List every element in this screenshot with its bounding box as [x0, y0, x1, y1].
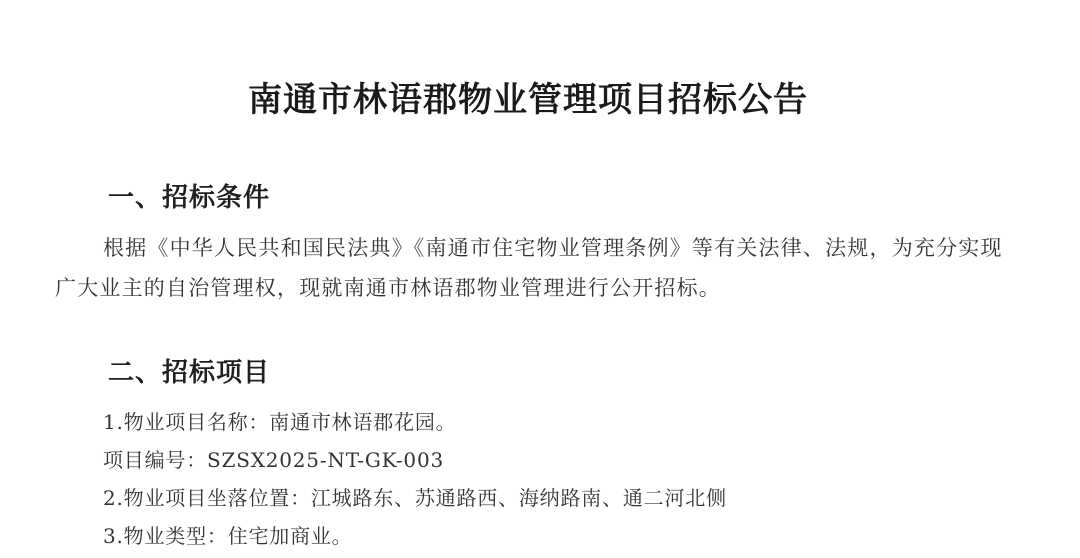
section-heading-bidding-project: 二、招标项目 [108, 355, 270, 391]
project-item-number: 项目编号：SZSX2025-NT-GK-003 [103, 442, 444, 478]
paragraph-text: 根据《中华人民共和国民法典》《南通市住宅物业管理条例》等有关法律、法规，为充分实… [55, 236, 1003, 300]
project-item-name: 1.物业项目名称：南通市林语郡花园。 [103, 404, 456, 440]
project-item-type: 3.物业类型：住宅加商业。 [103, 518, 352, 554]
document-page: 南通市林语郡物业管理项目招标公告 一、招标条件 根据《中华人民共和国民法典》《南… [0, 0, 1080, 558]
section-heading-bidding-conditions: 一、招标条件 [108, 180, 270, 216]
document-title: 南通市林语郡物业管理项目招标公告 [0, 76, 1056, 124]
section-paragraph-bidding-conditions: 根据《中华人民共和国民法典》《南通市住宅物业管理条例》等有关法律、法规，为充分实… [55, 228, 1005, 308]
project-item-location: 2.物业项目坐落位置：江城路东、苏通路西、海纳路南、通二河北侧 [103, 480, 727, 516]
